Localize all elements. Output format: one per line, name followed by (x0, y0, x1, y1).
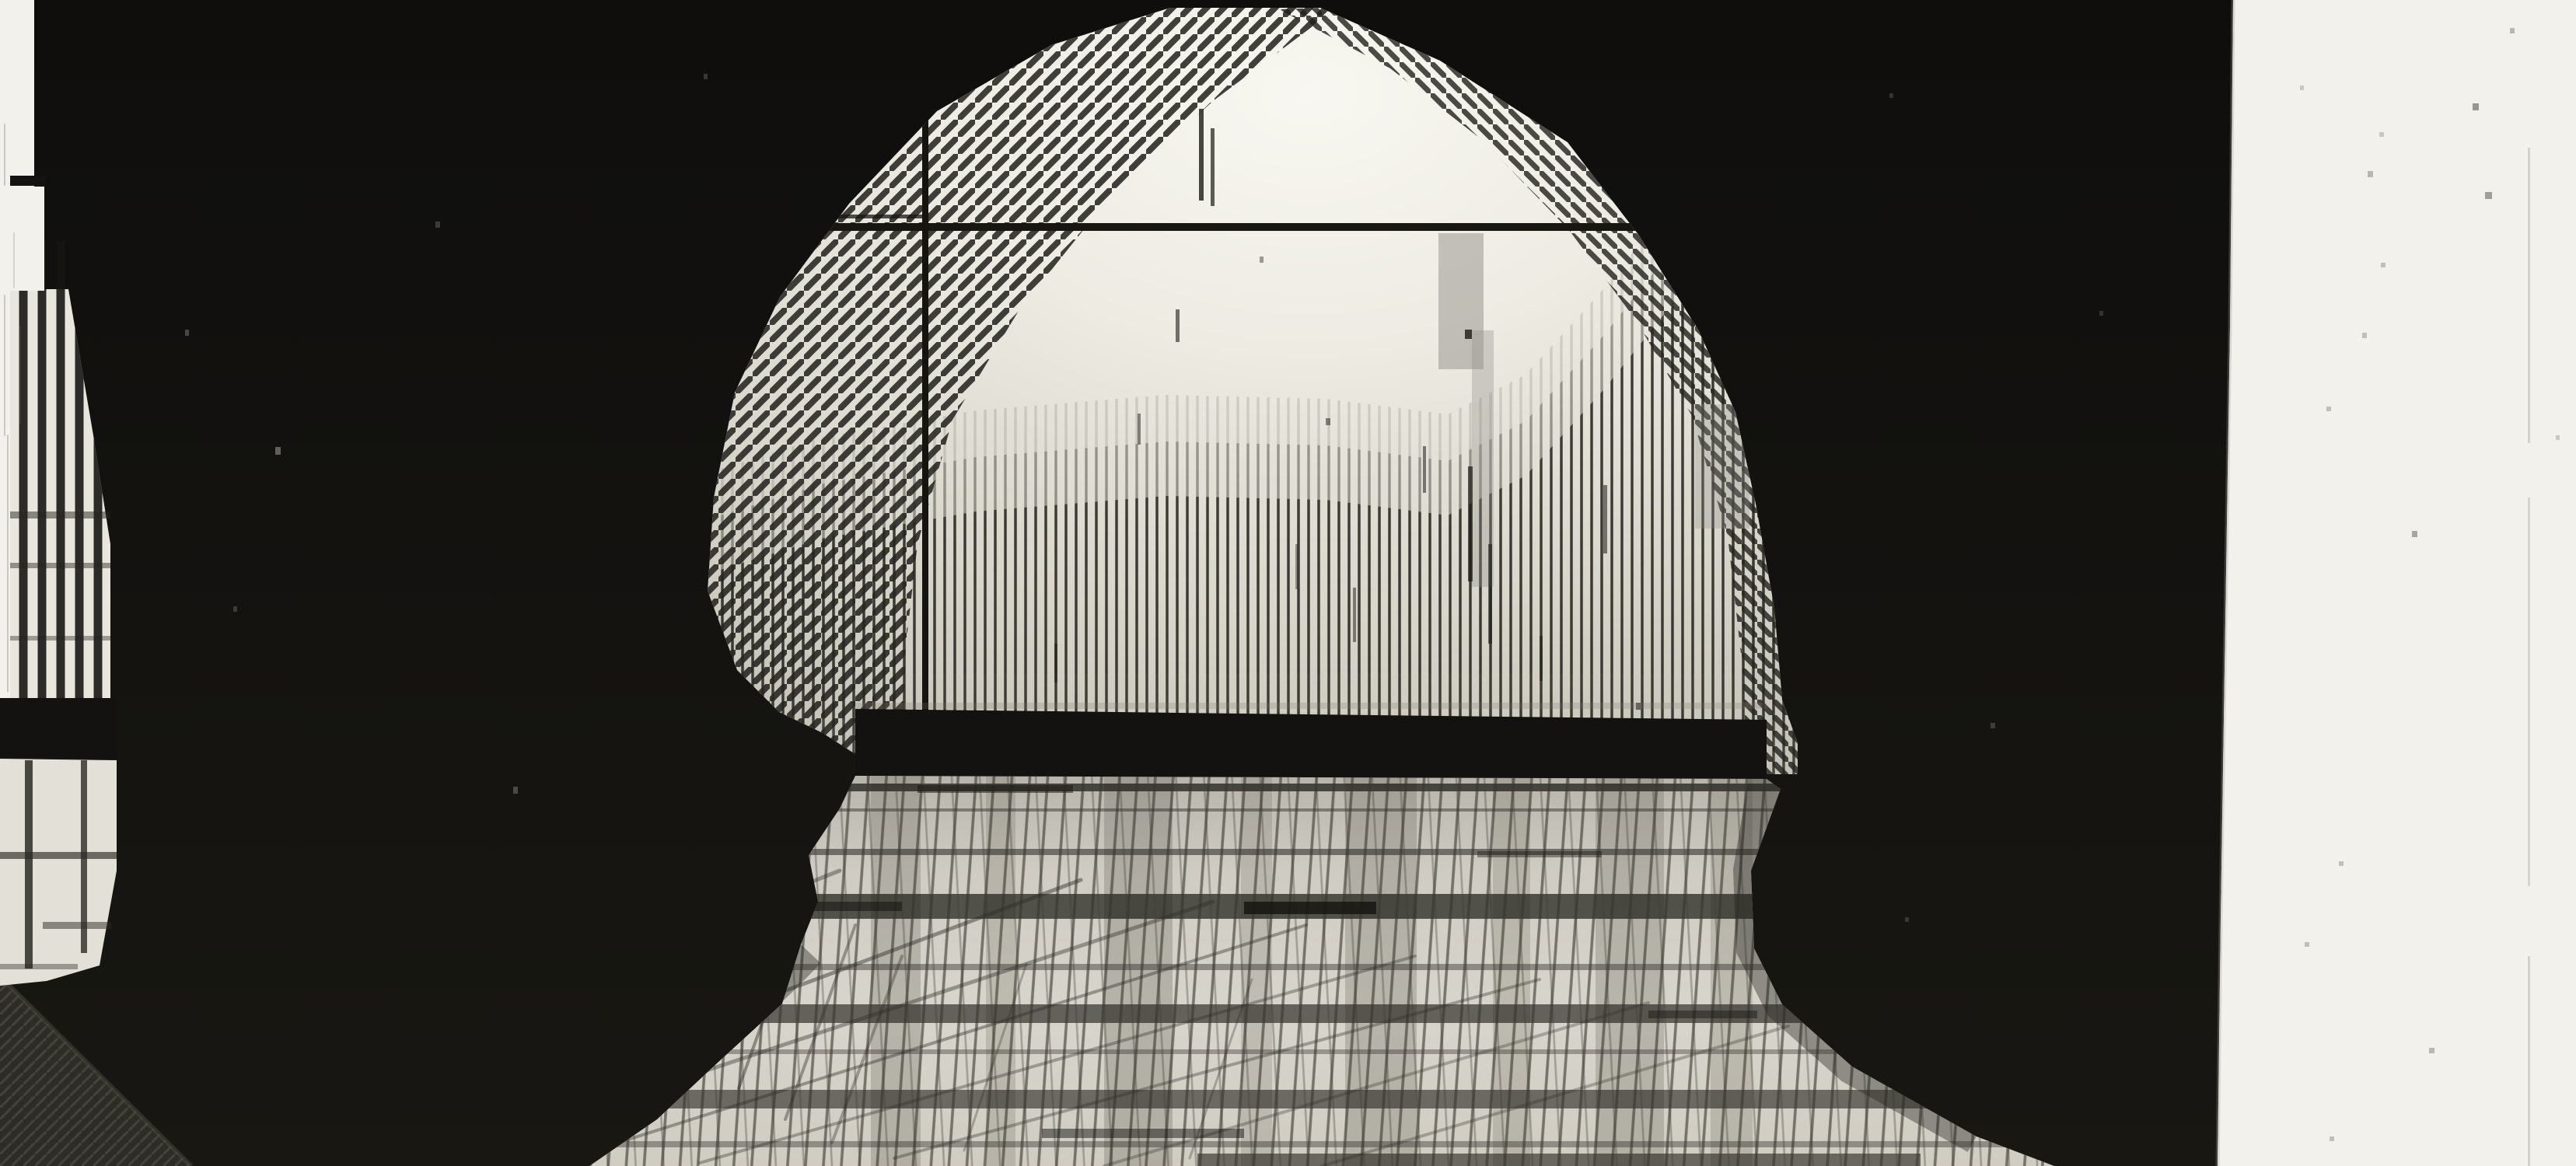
margin-ink-tick (10, 176, 45, 186)
paper-speck (2339, 861, 2344, 866)
pen-mark (1423, 446, 1426, 493)
paper-speck (2300, 86, 2304, 90)
paper-speck (2485, 192, 2492, 199)
paper-speck (2379, 132, 2384, 137)
floor-dash (918, 785, 1073, 793)
pen-mark (1603, 485, 1607, 553)
floor-sliver (0, 759, 117, 986)
mullion-line (43, 922, 111, 929)
scan-line-segment (2528, 497, 2530, 886)
ink-fleck (185, 330, 189, 336)
floor-dash (1477, 851, 1602, 857)
right-page-margin (2218, 0, 2576, 1166)
ledge-band-main (855, 709, 1767, 779)
sliver-streak (9, 511, 110, 518)
sliver-streak (9, 563, 110, 568)
pen-mark (1176, 309, 1180, 342)
paper-speck (2362, 333, 2367, 338)
ink-fleck (513, 787, 518, 794)
floor-dash (1244, 902, 1376, 914)
mullion-line (0, 852, 117, 859)
paper-speck (2381, 263, 2386, 267)
paper-speck (2326, 407, 2331, 411)
floor-sliver-bg (0, 759, 117, 986)
railing-bar (784, 223, 1762, 231)
right-margin-strip (2218, 0, 2576, 1166)
floor-dash (809, 902, 902, 911)
paper-speck (2510, 28, 2515, 33)
pen-mark (1295, 544, 1298, 589)
floor-dash (1042, 1129, 1244, 1138)
screenshot-root (0, 0, 2576, 1166)
pen-mark (1054, 644, 1057, 682)
paper-speck (2473, 103, 2479, 110)
paper-speck (2429, 1048, 2434, 1053)
mullion-line (0, 964, 78, 969)
ledge-seam (855, 703, 1767, 709)
ink-fleck (2099, 311, 2103, 316)
pen-mark (1468, 466, 1473, 581)
ledge-band-left (0, 698, 117, 759)
pen-mark (1326, 418, 1330, 425)
railing-post (922, 110, 928, 768)
pen-mark (1211, 128, 1215, 206)
scan-fold-line (2528, 148, 2530, 1166)
ink-fleck (1991, 723, 1995, 728)
scan-line-segment (2528, 148, 2530, 443)
pen-mark (1199, 109, 1204, 201)
mullion-line (25, 760, 33, 969)
scan-line-segment (2528, 956, 2530, 1166)
paper-speck (2412, 531, 2417, 537)
ink-fleck (435, 222, 440, 228)
paper-speck (2368, 171, 2373, 177)
pen-mark (1488, 544, 1492, 644)
floor-dash (1648, 1011, 1757, 1018)
paper-speck (2305, 942, 2309, 947)
panel-artwork (0, 0, 2576, 1166)
pen-mark (1353, 588, 1356, 642)
pen-mark (1540, 636, 1543, 681)
ink-fleck (1889, 93, 1893, 98)
ink-fleck (704, 74, 708, 79)
pen-mark (1465, 330, 1472, 339)
left-margin-strip (0, 187, 44, 291)
ink-fleck (275, 447, 281, 455)
pen-mark (1138, 414, 1141, 445)
pen-mark (1260, 257, 1264, 263)
ink-fleck (1905, 917, 1909, 922)
ink-fleck (233, 606, 237, 612)
sliver-streak (9, 636, 110, 641)
paper-speck (2330, 1136, 2334, 1141)
paper-speck (2556, 435, 2560, 440)
